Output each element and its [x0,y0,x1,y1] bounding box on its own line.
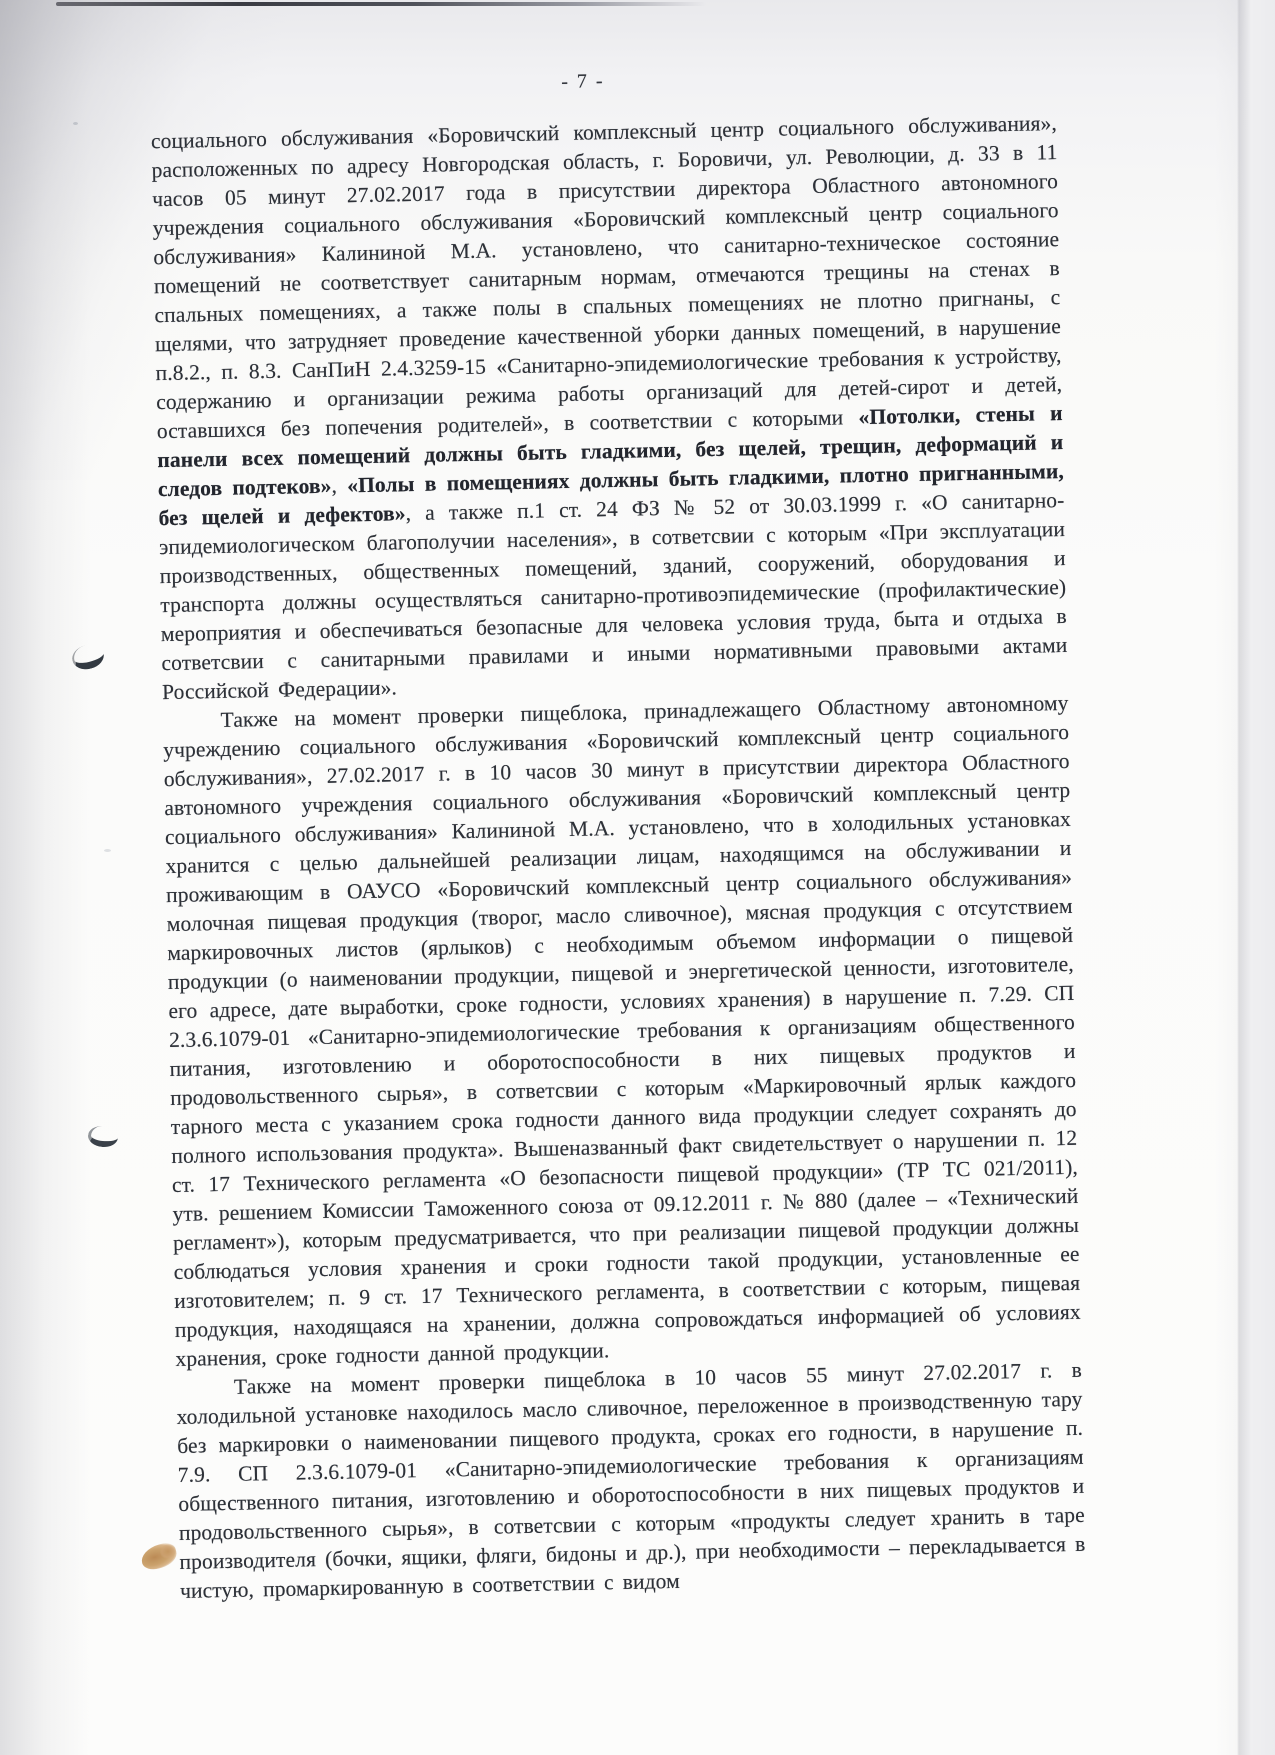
text-run: , [331,473,347,497]
scan-speck [73,122,78,125]
text-run: социального обслуживания «Боровичский ко… [151,111,1063,443]
paragraph: Также на момент проверки пищеблока в 10 … [176,1356,1086,1606]
scanned-page: - 7 - социального обслуживания «Боровичс… [0,0,1275,1755]
paper-stain [139,1540,180,1572]
scan-edge-line [56,2,706,6]
scan-speck [104,849,111,852]
document-content: - 7 - социального обслуживания «Боровичс… [150,61,1086,1606]
paper-right-edge [1237,0,1275,1755]
text-run: Также на момент проверки пищеблока в 10 … [176,1358,1085,1603]
text-run: Также на момент проверки пищеблока, прин… [163,691,1081,1371]
paragraph: социального обслуживания «Боровичский ко… [151,109,1068,707]
paragraph: Также на момент проверки пищеблока, прин… [162,689,1081,1374]
ink-smudge [87,1125,119,1149]
page-number: - 7 - [150,62,1016,102]
ink-smudge [70,641,107,672]
document-body: социального обслуживания «Боровичский ко… [151,109,1087,1606]
